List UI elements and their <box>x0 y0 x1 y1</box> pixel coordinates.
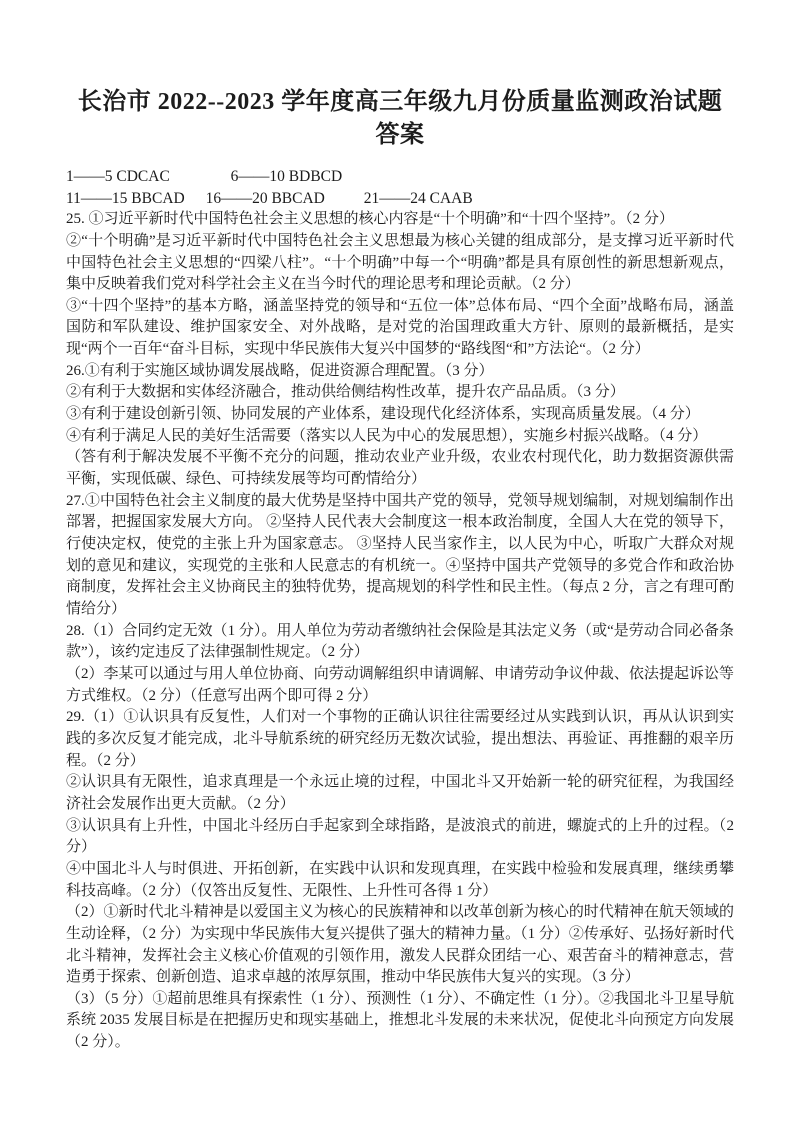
answer-q28-part2: （2）李某可以通过与用人单位协商、向劳动调解组织申请调解、申请劳动争议仲裁、依法… <box>66 664 734 707</box>
answer-q26-point2: ②有利于大数据和实体经济融合，推动供给侧结构性改革，提升农产品品质。（3 分） <box>66 382 734 404</box>
answer-q29-part1-point3: ③认识具有上升性，中国北斗经历白手起家到全球指路，是波浪式的前进，螺旋式的上升的… <box>66 816 734 859</box>
document-body: { "title": "长治市 2022--2023 学年度高三年级九月份质量监… <box>0 0 794 1123</box>
answer-q26-grading-note: （答有利于解决发展不平衡不充分的问题，推动农业产业升级，农业农村现代化，助力数据… <box>66 447 734 490</box>
mc-range-6-10: 6——10 BDBCD <box>231 166 343 188</box>
answer-q25-point3: ③“十四个坚持”的基本方略，涵盖坚持党的领导和“五位一体”总体布局、“四个全面”… <box>66 296 734 361</box>
answer-q26-point4: ④有利于满足人民的美好生活需要（落实以人民为中心的发展思想），实施乡村振兴战略。… <box>66 426 734 448</box>
mc-range-1-5: 1——5 CDCAC <box>66 166 170 188</box>
mc-answers-row-1: 1——5 CDCAC 6——10 BDBCD <box>66 166 734 188</box>
answer-q25-point1: 25. ①习近平新时代中国特色社会主义思想的核心内容是“十个明确”和“十四个坚持… <box>66 209 734 231</box>
mc-range-11-15: 11——15 BBCAD <box>66 188 185 210</box>
mc-answers-row-2: 11——15 BBCAD 16——20 BBCAD 21——24 CAAB <box>66 188 734 210</box>
answer-q25-point2: ②“十个明确”是习近平新时代中国特色社会主义思想最为核心关键的组成部分，是支撑习… <box>66 231 734 296</box>
answer-q29-part1-point1: 29.（1）①认识具有反复性，人们对一个事物的正确认识往往需要经过从实践到认识，… <box>66 707 734 772</box>
answer-q29-part3: （3）（5 分）①超前思维具有探索性（1 分）、预测性（1 分）、不确定性（1 … <box>66 989 734 1054</box>
answer-q26-point3: ③有利于建设创新引领、协同发展的产业体系，建设现代化经济体系，实现高质量发展。（… <box>66 404 734 426</box>
answer-q29-part2: （2）①新时代北斗精神是以爱国主义为核心的民族精神和以改革创新为核心的时代精神在… <box>66 902 734 989</box>
mc-range-21-24: 21——24 CAAB <box>364 188 473 210</box>
mc-range-16-20: 16——20 BBCAD <box>206 188 325 210</box>
answer-q29-part1-point4: ④中国北斗人与时俱进、开拓创新，在实践中认识和发现真理，在实践中检验和发展真理，… <box>66 859 734 902</box>
answer-q26-point1: 26.①有利于实施区域协调发展战略，促进资源合理配置。（3 分） <box>66 361 734 383</box>
answer-q27: 27.①中国特色社会主义制度的最大优势是坚持中国共产党的领导，党领导规划编制，对… <box>66 491 734 621</box>
document-title: 长治市 2022--2023 学年度高三年级九月份质量监测政治试题答案 <box>66 86 734 152</box>
answer-q29-part1-point2: ②认识具有无限性，追求真理是一个永远止境的过程，中国北斗又开始新一轮的研究征程，… <box>66 772 734 815</box>
answer-q28-part1: 28.（1）合同约定无效（1 分）。用人单位为劳动者缴纳社会保险是其法定义务（或… <box>66 621 734 664</box>
answer-sheet-page: 长治市 2022--2023 学年度高三年级九月份质量监测政治试题答案 1——5… <box>0 0 794 1123</box>
